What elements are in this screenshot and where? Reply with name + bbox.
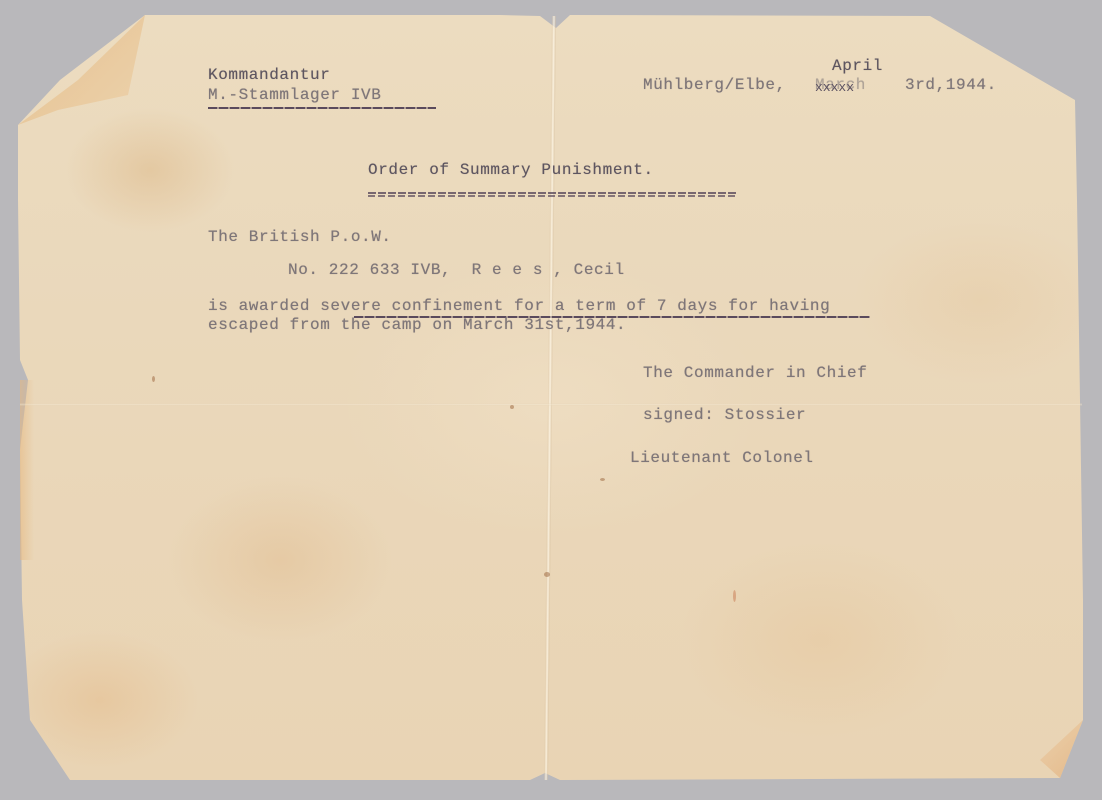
torn-edge-left xyxy=(20,380,34,560)
document-photo: Kommandantur M.-Stammlager IVB Mühlberg/… xyxy=(0,0,1102,800)
header-kommandantur: Kommandantur xyxy=(208,66,330,84)
addressee-line: The British P.o.W. xyxy=(208,228,392,246)
prisoner-line: No. 222 633 IVB, R e e s , Cecil xyxy=(288,261,625,279)
date-place: Mühlberg/Elbe, xyxy=(643,76,786,94)
sentence-line-1: is awarded severe confinement for a term… xyxy=(208,297,830,315)
stain-spot xyxy=(152,376,155,382)
date-rest: 3rd,1944. xyxy=(905,76,997,94)
stain-spot xyxy=(510,405,514,409)
stain-spot xyxy=(733,590,736,602)
horizontal-fold-crease xyxy=(20,403,1082,406)
header-underline xyxy=(208,107,436,109)
header-stammlager: M.-Stammlager IVB xyxy=(208,86,381,104)
signature-title: The Commander in Chief xyxy=(643,364,867,382)
document-title: Order of Summary Punishment. xyxy=(368,161,654,179)
signature-signed: signed: Stossier xyxy=(643,406,806,424)
stain-spot xyxy=(600,478,605,481)
sentence-line-2: escaped from the camp on March 31st,1944… xyxy=(208,316,626,334)
title-underline xyxy=(368,192,736,197)
date-strike-overtype: xxxxx xyxy=(815,80,854,95)
stain-spot xyxy=(544,572,550,577)
date-month-correction: April xyxy=(832,57,883,75)
signature-rank: Lieutenant Colonel xyxy=(630,449,814,467)
